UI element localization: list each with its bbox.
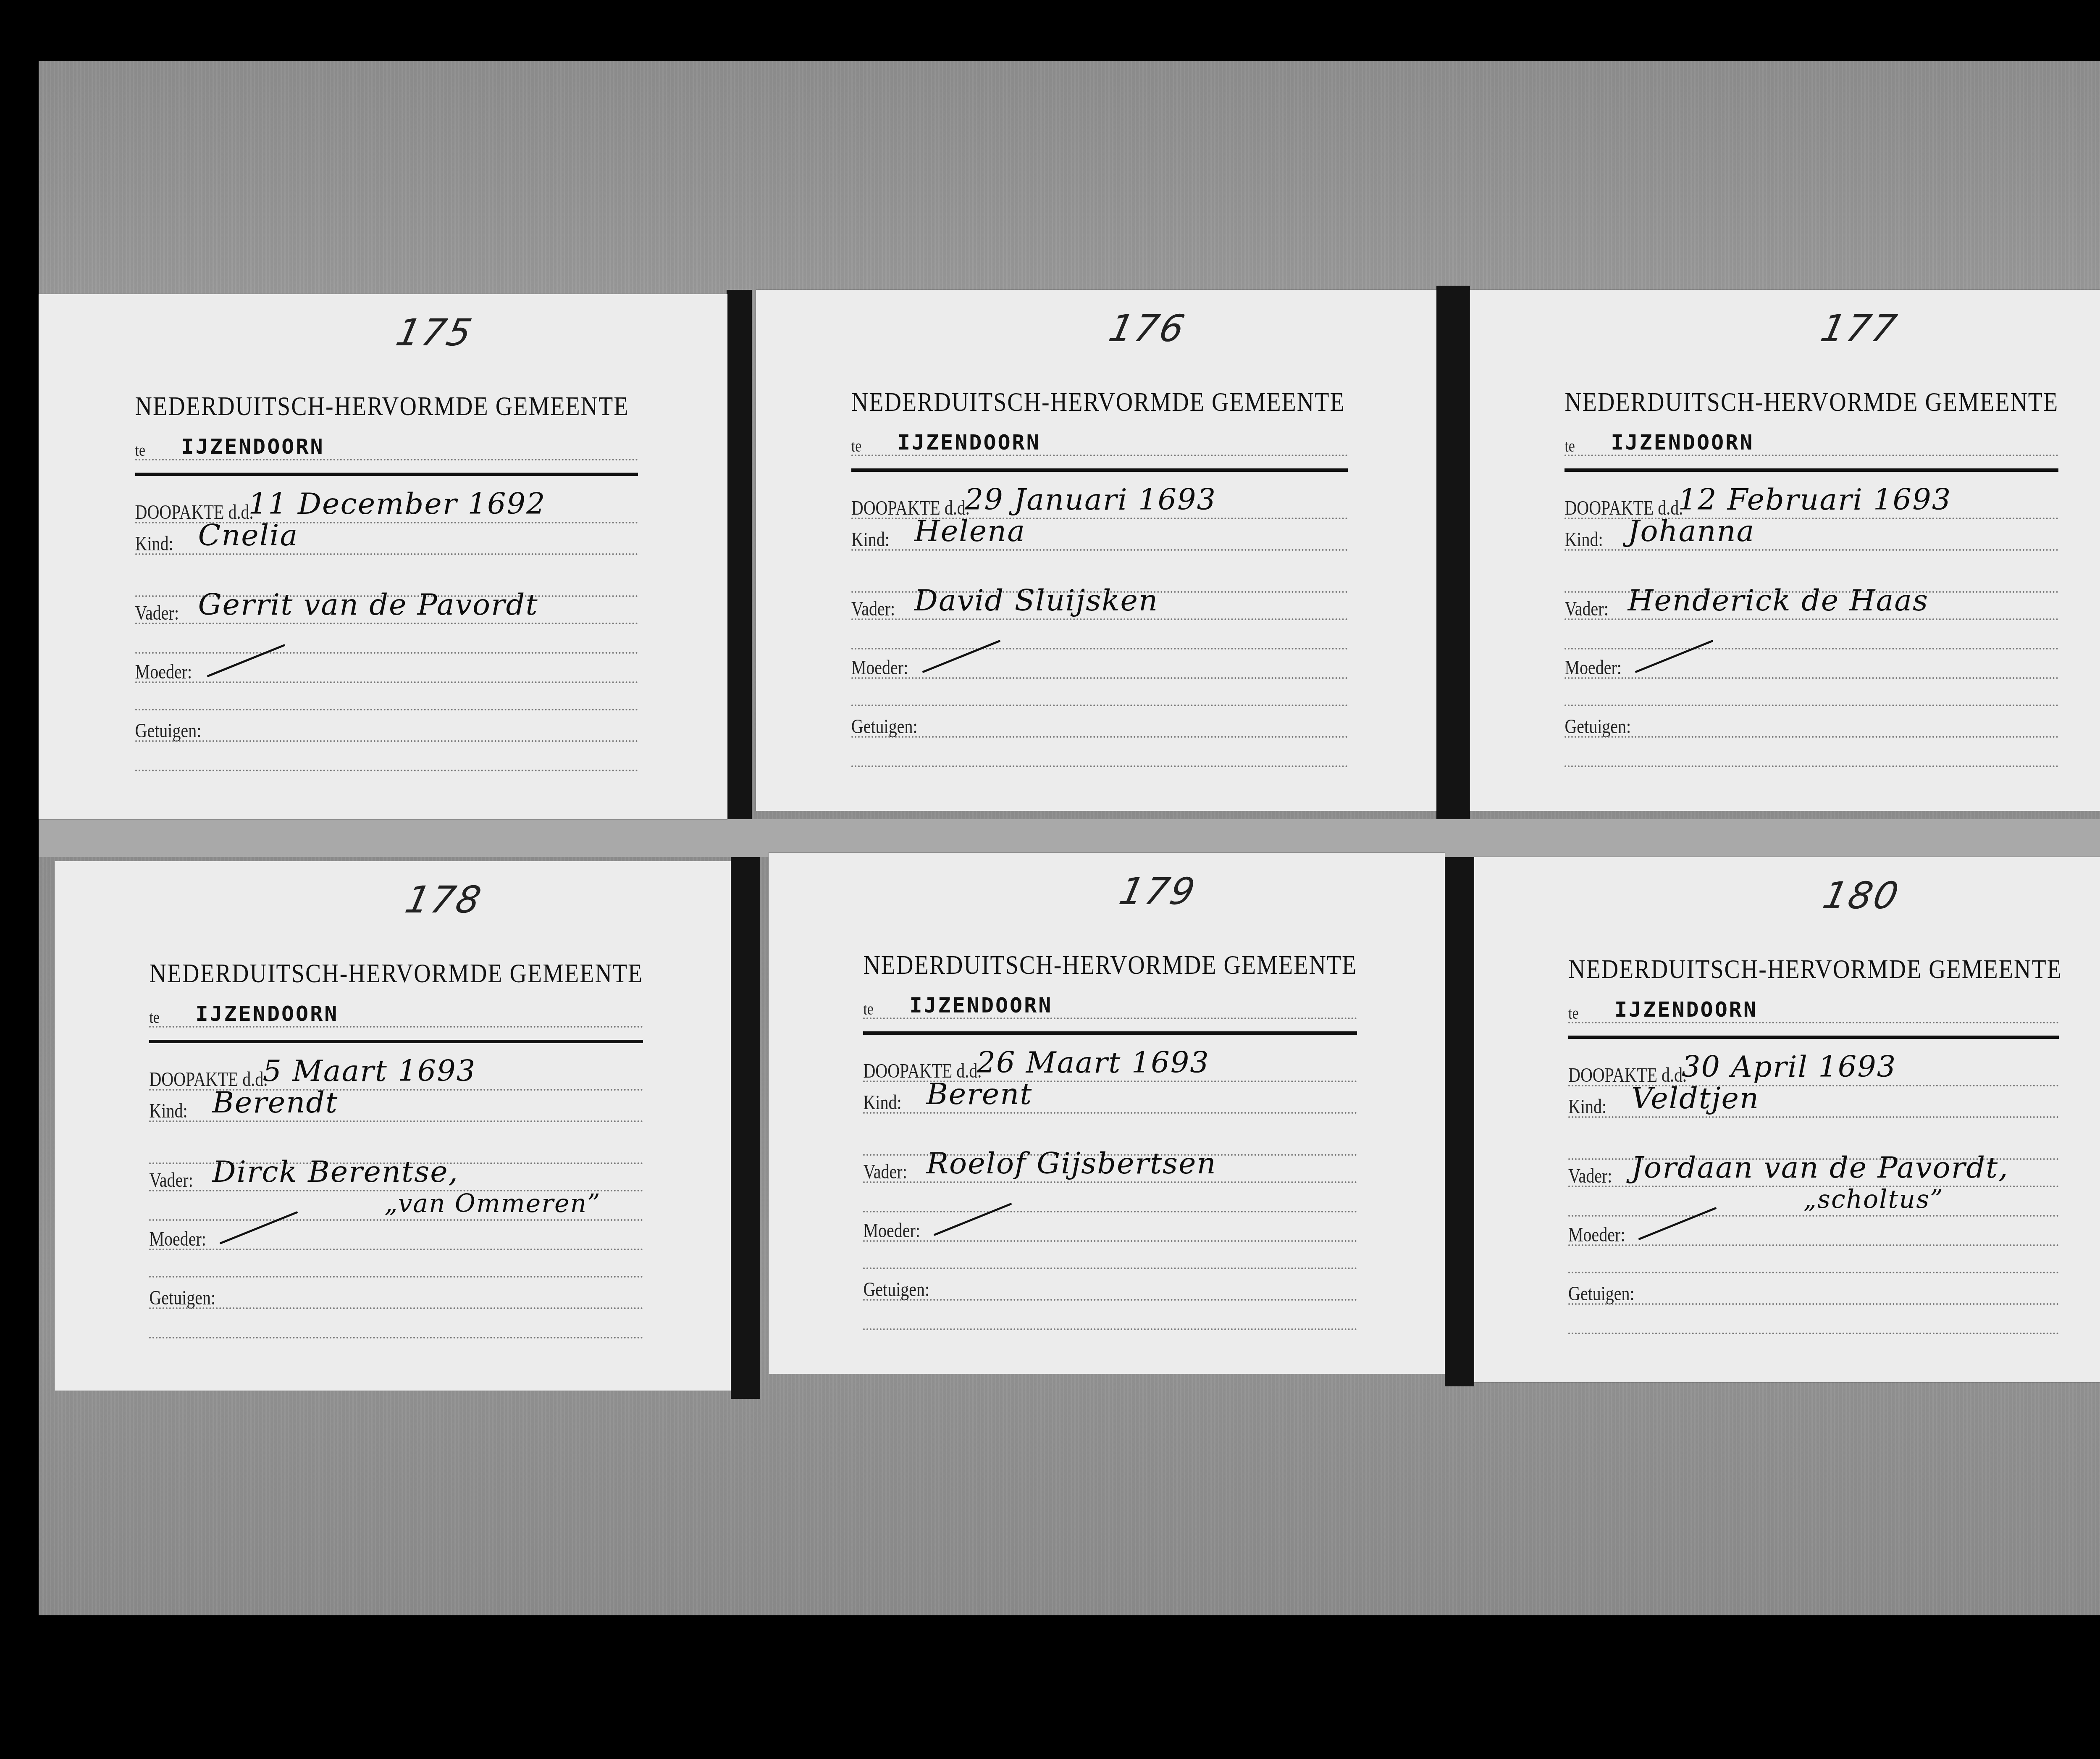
getuigen-label: Getuigen: [1564,714,1631,738]
getuigen-label: Getuigen: [863,1277,929,1301]
vader-label: Vader: [851,597,895,620]
moeder-label: Moeder: [135,660,192,683]
kind-label: Kind: [851,527,890,551]
moeder-label: Moeder: [1564,655,1622,679]
baptism-record-card: 180 NEDERDUITSCH-HERVORMDE GEMEENTE te I… [1474,857,2100,1382]
header-rule [1568,1036,2059,1039]
moeder-label: Moeder: [1568,1223,1625,1246]
baptism-record-card: 176 NEDERDUITSCH-HERVORMDE GEMEENTE te I… [756,290,1436,811]
vader-label: Vader: [1564,597,1608,620]
place-prefix-label: te [851,437,862,456]
father-name-extra: „scholtus” [1803,1185,1944,1214]
header-rule [149,1040,643,1043]
kind-label: Kind: [149,1099,187,1122]
card-gap [1445,857,1474,1386]
father-name: Gerrit van de Pavordt [198,587,538,622]
baptism-date: 5 Maart 1693 [262,1054,476,1088]
kind-label: Kind: [135,531,173,555]
congregation-header: NEDERDUITSCH-HERVORMDE GEMEENTE [863,949,1357,981]
child-name: Johanna [1627,514,1755,548]
card-number: 177 [1817,307,1902,350]
getuigen-label: Getuigen: [135,718,202,742]
card-gap [731,857,760,1399]
getuigen-label: Getuigen: [851,714,918,738]
baptism-record-card: 175 NEDERDUITSCH-HERVORMDE GEMEENTE te I… [39,294,727,819]
vader-label: Vader: [863,1160,907,1183]
child-name: Helena [914,514,1026,548]
child-name: Berendt [212,1085,338,1120]
place-prefix-label: te [1564,437,1575,456]
place-prefix-label: te [135,441,146,460]
moeder-label: Moeder: [851,655,908,679]
place-stamp: IJZENDOORN [898,430,1041,455]
father-name: David Sluijsken [914,583,1158,618]
vader-label: Vader: [1568,1164,1612,1187]
place-stamp: IJZENDOORN [195,1002,339,1026]
header-rule [863,1031,1357,1035]
baptism-record-card: 179 NEDERDUITSCH-HERVORMDE GEMEENTE te I… [769,853,1445,1374]
card-number: 175 [392,311,477,354]
kind-label: Kind: [1564,527,1603,551]
vader-label: Vader: [135,601,179,624]
child-name: Berent [926,1077,1032,1111]
baptism-date: 11 December 1692 [249,486,546,521]
baptism-date: 12 Februari 1693 [1678,482,1951,517]
place-stamp: IJZENDOORN [181,434,325,459]
place-stamp: IJZENDOORN [1614,997,1758,1022]
baptism-date: 30 April 1693 [1682,1049,1896,1084]
father-name: Jordaan van de Pavordt, [1631,1150,2008,1185]
place-prefix-label: te [149,1008,160,1028]
baptism-date: 29 Januari 1693 [965,482,1216,517]
getuigen-label: Getuigen: [149,1286,215,1309]
congregation-header: NEDERDUITSCH-HERVORMDE GEMEENTE [149,958,643,989]
father-name-extra: „van Ommeren” [384,1189,601,1218]
baptism-date: 26 Maart 1693 [976,1045,1209,1080]
card-number: 180 [1819,874,1904,917]
congregation-header: NEDERDUITSCH-HERVORMDE GEMEENTE [851,387,1348,418]
place-prefix-label: te [863,1000,874,1019]
congregation-header: NEDERDUITSCH-HERVORMDE GEMEENTE [1564,387,2058,418]
header-rule [851,468,1348,472]
card-gap [1436,286,1470,819]
baptism-record-card: 178 NEDERDUITSCH-HERVORMDE GEMEENTE te I… [55,861,731,1391]
congregation-header: NEDERDUITSCH-HERVORMDE GEMEENTE [135,391,638,422]
place-stamp: IJZENDOORN [909,993,1053,1018]
card-number: 178 [402,878,486,921]
kind-label: Kind: [863,1090,901,1114]
moeder-label: Moeder: [149,1227,206,1250]
middle-strip [39,819,2100,857]
vader-label: Vader: [149,1168,193,1191]
card-number: 179 [1116,870,1200,913]
baptism-record-card: 177 NEDERDUITSCH-HERVORMDE GEMEENTE te I… [1470,290,2100,811]
kind-label: Kind: [1568,1094,1606,1118]
child-name: Veldtjen [1631,1081,1759,1115]
card-number: 176 [1105,307,1190,350]
moeder-label: Moeder: [863,1218,920,1242]
header-rule [135,473,638,476]
header-rule [1564,468,2058,472]
card-gap [727,290,752,819]
congregation-header: NEDERDUITSCH-HERVORMDE GEMEENTE [1568,954,2059,985]
father-name: Roelof Gijsbertsen [926,1146,1216,1181]
father-name: Henderick de Haas [1627,583,1928,618]
getuigen-label: Getuigen: [1568,1281,1635,1305]
place-prefix-label: te [1568,1004,1579,1023]
father-name: Dirck Berentse, [212,1154,458,1189]
place-stamp: IJZENDOORN [1611,430,1754,455]
child-name: Cnelia [198,518,299,552]
